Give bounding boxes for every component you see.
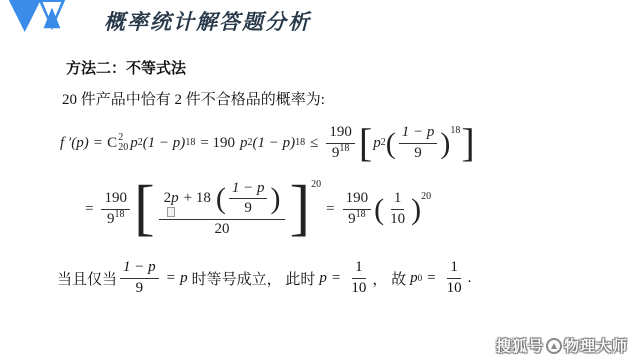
math-token: 190 xyxy=(343,190,372,209)
fraction: 190 918 xyxy=(326,124,355,162)
math-token: = xyxy=(167,270,175,287)
math-token: 9 xyxy=(133,279,147,297)
math-token: 10 xyxy=(348,279,369,297)
left-paren: ( xyxy=(386,130,396,157)
math-token: 1 − p xyxy=(229,180,268,199)
math-token: 918 xyxy=(345,210,369,228)
fraction: 190 918 xyxy=(343,190,372,228)
watermark-prefix: 搜狐号 xyxy=(496,335,544,356)
fraction: 1 10 xyxy=(387,190,408,228)
glyph-artifact-box xyxy=(167,207,175,217)
math-token: = 190 xyxy=(200,135,235,152)
leq-sign: ≤ xyxy=(310,135,318,152)
math-token: p xyxy=(171,190,179,207)
text-token: . xyxy=(468,270,472,287)
big-fraction-numerator: 2 p + 18 ( 1 − p 9 ) xyxy=(159,180,286,221)
big-fraction: 2 p + 18 ( 1 − p 9 ) 20 xyxy=(159,180,286,239)
watermark: 搜狐号 物理大师 xyxy=(496,335,628,356)
math-token: 20 xyxy=(212,220,233,238)
fraction: 1 − p 9 xyxy=(229,180,268,218)
math-token: 9 xyxy=(241,199,255,217)
math-token: = xyxy=(427,270,435,287)
math-token: 1 − p xyxy=(399,124,438,143)
math-token: f ′(p) xyxy=(60,135,89,152)
math-token: p xyxy=(130,135,138,152)
math-token: C xyxy=(107,135,117,152)
fraction: 190 918 xyxy=(101,190,130,228)
watermark-suffix: 物理大师 xyxy=(564,335,628,356)
math-token: 190 xyxy=(326,124,355,143)
math-token: p xyxy=(240,135,248,152)
right-paren: ) xyxy=(270,185,280,212)
math-token: = xyxy=(332,270,340,287)
right-bracket: ] xyxy=(461,126,474,160)
math-token: 190 xyxy=(101,190,130,209)
math-token: 9 xyxy=(411,144,425,162)
math-token: (1 − p) xyxy=(253,135,296,152)
math-token: 20 xyxy=(118,143,128,154)
math-token: = xyxy=(326,201,334,218)
left-paren: ( xyxy=(216,185,226,212)
math-token: 1 − p xyxy=(120,259,159,278)
math-token: (1 − p) xyxy=(143,135,186,152)
left-bracket: [ xyxy=(134,184,155,234)
conclusion-line: 当且仅当 1 − p 9 = p 时等号成立， 此时 p = 1 10 ， 故 … xyxy=(57,258,471,298)
formula-line-2: = 190 918 [ 2 p + 18 ( 1 − p 9 ) 20 ]20 … xyxy=(80,174,431,244)
math-token: 10 xyxy=(387,210,408,228)
left-paren: ( xyxy=(374,196,384,223)
formula-line-1: f ′(p) = C 220 p2 (1 − p)18 = 190 p2 (1 … xyxy=(60,118,476,168)
right-paren: ) xyxy=(440,130,450,157)
brand-logo xyxy=(6,0,66,41)
text-token: 时等号成立， 此时 xyxy=(192,268,316,289)
math-token: 1 xyxy=(352,259,366,278)
method-heading: 方法二：不等式法 xyxy=(66,57,186,78)
c-supsub: 220 xyxy=(118,133,128,154)
math-token: 2 xyxy=(164,190,172,207)
right-bracket: ] xyxy=(289,184,310,234)
math-token: p xyxy=(373,135,381,152)
math-token: p xyxy=(410,270,418,287)
watermark-logo-icon xyxy=(546,338,562,354)
math-token: 1 xyxy=(447,259,461,278)
right-paren: ) xyxy=(411,196,421,223)
text-token: 当且仅当 xyxy=(57,268,117,289)
math-token: 1 xyxy=(391,190,405,209)
math-token: + 18 xyxy=(184,190,211,207)
math-token: = xyxy=(85,201,93,218)
fraction: 1 10 xyxy=(348,259,369,297)
math-token: p xyxy=(319,270,327,287)
fraction: 1 − p 9 xyxy=(399,124,438,162)
text-token: ， 故 xyxy=(372,268,406,289)
math-token: 918 xyxy=(329,144,353,162)
math-token: 918 xyxy=(104,210,128,228)
fraction: 1 10 xyxy=(444,259,465,297)
math-token: 10 xyxy=(444,279,465,297)
left-bracket: [ xyxy=(359,126,372,160)
math-token: = xyxy=(94,135,102,152)
fraction: 1 − p 9 xyxy=(120,259,159,297)
page-title: 概率统计解答题分析 xyxy=(104,6,311,36)
math-token: p xyxy=(180,270,188,287)
w-triangles-icon xyxy=(6,0,66,36)
intro-text: 20 件产品中恰有 2 件不合格品的概率为: xyxy=(62,88,325,109)
